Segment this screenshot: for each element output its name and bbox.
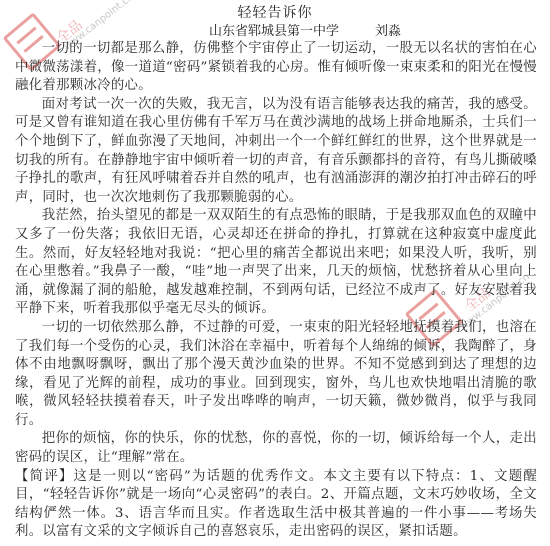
review-label: 【简评】: [15, 469, 73, 484]
author-name: 刘淼: [375, 24, 401, 39]
essay-body: 一切的一切都是那么静，仿佛整个宇宙停止了一切运动，一股无以名状的害怕在心中微微荡…: [15, 40, 537, 542]
paragraph-2: 面对考试一次一次的失败，我无言，以为没有语言能够表达我的痛苦，我的感受。可是又曾…: [15, 96, 537, 208]
review-paragraph: 【简评】这是一则以“密码”为话题的优秀作文。本文主要有以下特点：1、文题醒目，“…: [15, 468, 537, 542]
paragraph-4: 一切的一切依然那么静，不过静的可爱，一束束的阳光轻轻地抚摸着我们，也溶在了我们每…: [15, 319, 537, 431]
document-page: 全品 www.canpoint.cn 全品 www.canpoint.cn 轻轻…: [0, 0, 550, 546]
review-text: 这是一则以“密码”为话题的优秀作文。本文主要有以下特点：1、文题醒目，“轻轻告诉…: [15, 469, 537, 540]
essay-title: 轻轻告诉你: [0, 4, 550, 22]
paragraph-3: 我茫然，抬头望见的都是一双双陌生的有点恐怖的眼睛，于是我那双血色的双瞳中又多了一…: [15, 207, 537, 319]
byline: 山东省郓城县第一中学刘淼: [0, 23, 550, 41]
school-name: 山东省郓城县第一中学: [209, 24, 339, 39]
paragraph-5: 把你的烦恼，你的快乐，你的忧愁，你的喜悦，你的一切，倾诉给每一个人，走出密码的误…: [15, 430, 537, 467]
paragraph-1: 一切的一切都是那么静，仿佛整个宇宙停止了一切运动，一股无以名状的害怕在心中微微荡…: [15, 40, 537, 96]
